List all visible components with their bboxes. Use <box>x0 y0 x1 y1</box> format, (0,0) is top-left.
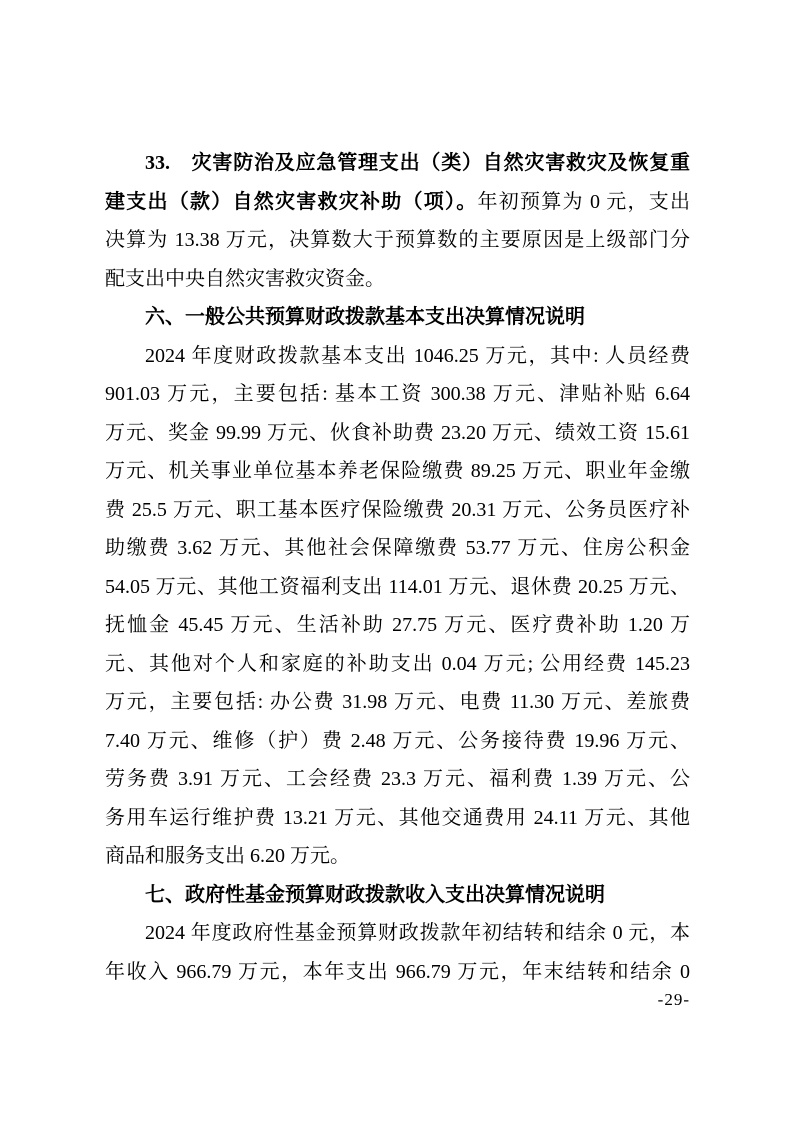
text-line: 费 25.5 万元、职工基本医疗保险缴费 20.31 万元、公务员医疗补 <box>105 491 690 530</box>
text-line: 六、一般公共预算财政拨款基本支出决算情况说明 <box>105 298 690 337</box>
text-run: 助缴费 3.62 万元、其他社会保障缴费 53.77 万元、住房公积金 <box>105 537 690 559</box>
text-run: 商品和服务支出 6.20 万元。 <box>105 845 350 867</box>
text-line: 商品和服务支出 6.20 万元。 <box>105 837 690 876</box>
heading-section-seven-gov-fund-budget: 七、政府性基金预算财政拨款收入支出决算情况说明 <box>105 876 690 915</box>
text-run: 务用车运行维护费 13.21 万元、其他交通费用 24.11 万元、其他 <box>105 807 690 829</box>
text-run: 决算为 13.38 万元，决算数大于预算数的主要原因是上级部门分 <box>105 229 690 251</box>
text-line: 七、政府性基金预算财政拨款收入支出决算情况说明 <box>105 876 690 915</box>
page-number: -29- <box>658 989 690 1011</box>
text-line: 2024 年度政府性基金预算财政拨款年初结转和结余 0 元，本 <box>105 914 690 953</box>
text-run: 年初预算为 0 元，支出 <box>478 191 691 213</box>
heading-section-six-general-budget-basic-expenditure: 六、一般公共预算财政拨款基本支出决算情况说明 <box>105 298 690 337</box>
text-run: 万元，主要包括: 办公费 31.98 万元、电费 11.30 万元、差旅费 <box>105 691 690 713</box>
text-line: 务用车运行维护费 13.21 万元、其他交通费用 24.11 万元、其他 <box>105 799 690 838</box>
text-run: 元、其他对个人和家庭的补助支出 0.04 万元; 公用经费 145.23 <box>105 653 690 675</box>
text-line: 决算为 13.38 万元，决算数大于预算数的主要原因是上级部门分 <box>105 221 690 260</box>
text-run: 万元、奖金 99.99 万元、伙食补助费 23.20 万元、绩效工资 15.61 <box>105 422 690 444</box>
text-run: 54.05 万元、其他工资福利支出 114.01 万元、退休费 20.25 万元… <box>105 576 690 598</box>
text-line: 7.40 万元、维修（护）费 2.48 万元、公务接待费 19.96 万元、 <box>105 722 690 761</box>
text-line: 助缴费 3.62 万元、其他社会保障缴费 53.77 万元、住房公积金 <box>105 529 690 568</box>
text-line: 901.03 万元，主要包括: 基本工资 300.38 万元、津贴补贴 6.64 <box>105 375 690 414</box>
text-line: 万元、机关事业单位基本养老保险缴费 89.25 万元、职业年金缴 <box>105 452 690 491</box>
text-run: 费 25.5 万元、职工基本医疗保险缴费 20.31 万元、公务员医疗补 <box>105 499 690 521</box>
text-line: 年收入 966.79 万元，本年支出 966.79 万元，年末结转和结余 0 <box>105 953 690 992</box>
text-run: 7.40 万元、维修（护）费 2.48 万元、公务接待费 19.96 万元、 <box>105 730 690 752</box>
text-run: 2024 年度财政拨款基本支出 1046.25 万元，其中: 人员经费 <box>145 345 690 367</box>
text-line: 万元、奖金 99.99 万元、伙食补助费 23.20 万元、绩效工资 15.61 <box>105 414 690 453</box>
text-run: 劳务费 3.91 万元、工会经费 23.3 万元、福利费 1.39 万元、公 <box>105 768 690 790</box>
text-line: 抚恤金 45.45 万元、生活补助 27.75 万元、医疗费补助 1.20 万 <box>105 606 690 645</box>
text-line: 元、其他对个人和家庭的补助支出 0.04 万元; 公用经费 145.23 <box>105 645 690 684</box>
document-body: 33. 灾害防治及应急管理支出（类）自然灾害救灾及恢复重建支出（款）自然灾害救灾… <box>105 144 690 991</box>
bold-text-run: 33. 灾害防治及应急管理支出（类）自然灾害救灾及恢复重 <box>145 152 690 174</box>
text-line: 配支出中央自然灾害救灾资金。 <box>105 260 690 299</box>
text-run: 抚恤金 45.45 万元、生活补助 27.75 万元、医疗费补助 1.20 万 <box>105 614 690 636</box>
bold-text-run: 六、一般公共预算财政拨款基本支出决算情况说明 <box>145 306 585 328</box>
text-line: 2024 年度财政拨款基本支出 1046.25 万元，其中: 人员经费 <box>105 337 690 376</box>
document-page: 33. 灾害防治及应急管理支出（类）自然灾害救灾及恢复重建支出（款）自然灾害救灾… <box>0 0 793 1122</box>
paragraph-item-33-disaster-relief: 33. 灾害防治及应急管理支出（类）自然灾害救灾及恢复重建支出（款）自然灾害救灾… <box>105 144 690 298</box>
text-run: 配支出中央自然灾害救灾资金。 <box>105 268 385 290</box>
text-run: 万元、机关事业单位基本养老保险缴费 89.25 万元、职业年金缴 <box>105 460 690 482</box>
paragraph-gov-fund-budget-detail: 2024 年度政府性基金预算财政拨款年初结转和结余 0 元，本年收入 966.7… <box>105 914 690 991</box>
text-run: 2024 年度政府性基金预算财政拨款年初结转和结余 0 元，本 <box>145 922 690 944</box>
bold-text-run: 建支出（款）自然灾害救灾补助（项）。 <box>105 191 478 213</box>
text-line: 建支出（款）自然灾害救灾补助（项）。年初预算为 0 元，支出 <box>105 183 690 222</box>
text-run: 901.03 万元，主要包括: 基本工资 300.38 万元、津贴补贴 6.64 <box>105 383 690 405</box>
bold-text-run: 七、政府性基金预算财政拨款收入支出决算情况说明 <box>145 884 605 906</box>
text-line: 54.05 万元、其他工资福利支出 114.01 万元、退休费 20.25 万元… <box>105 568 690 607</box>
text-line: 万元，主要包括: 办公费 31.98 万元、电费 11.30 万元、差旅费 <box>105 683 690 722</box>
text-line: 劳务费 3.91 万元、工会经费 23.3 万元、福利费 1.39 万元、公 <box>105 760 690 799</box>
text-line: 33. 灾害防治及应急管理支出（类）自然灾害救灾及恢复重 <box>105 144 690 183</box>
paragraph-basic-expenditure-detail: 2024 年度财政拨款基本支出 1046.25 万元，其中: 人员经费901.0… <box>105 337 690 876</box>
text-run: 年收入 966.79 万元，本年支出 966.79 万元，年末结转和结余 0 <box>105 961 690 983</box>
